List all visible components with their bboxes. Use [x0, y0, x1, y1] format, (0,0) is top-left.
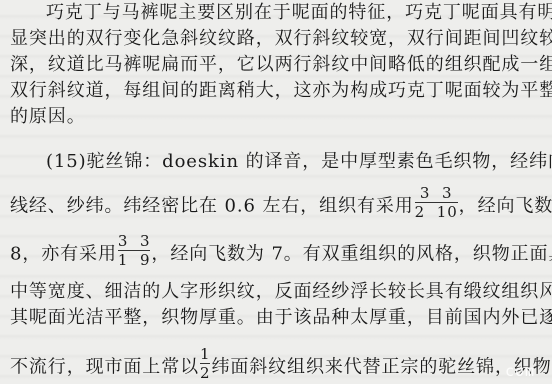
- fraction-numerator: 1: [200, 346, 210, 362]
- fraction-denominator: 1 9: [118, 252, 151, 268]
- paragraph-2-line-6: 不流行，现市面上常以12纬面斜纹组织来代替正宗的驼丝锦，织物重: [10, 350, 546, 384]
- paragraph-2-line-1: (15)驼丝锦：doeskin 的译音，是中厚型素色毛织物，经纬向采用: [46, 151, 546, 173]
- line-2-text-before: 线经、纱纬。纬经密比在 0.6 左右，组织有采用: [10, 196, 414, 217]
- line-6-text-after: 纬面斜纹组织来代替正宗的驼丝锦，织物重: [211, 357, 552, 378]
- paragraph-1-line-1: 巧克丁与马裤呢主要区别在于呢面的特征，巧克丁呢面具有明: [46, 2, 546, 24]
- line-2-text-after: ，经向飞数为: [459, 196, 552, 217]
- paragraph-1-line-5: 的原因。: [10, 106, 546, 128]
- paragraph-2-line-3: 8，亦有采用3 31 9，经向飞数为 7。有双重组织的风格，织物正面具有: [10, 237, 546, 272]
- paragraph-1-line-3: 深，纹道比马裤呢扁而平，它以两行斜纹中间略低的组织配成一组: [10, 54, 546, 76]
- fraction-numerator: 3 3: [415, 185, 458, 201]
- fraction-3-3-over-1-9: 3 31 9: [118, 233, 151, 268]
- fraction-denominator: 2 10: [415, 204, 458, 220]
- watermark: com: [505, 362, 535, 380]
- line-3-text-before: 8，亦有采用: [10, 244, 117, 265]
- document-page: 巧克丁与马裤呢主要区别在于呢面的特征，巧克丁呢面具有明 显突出的双行变化急斜纹纹…: [0, 0, 552, 384]
- paragraph-1-line-2: 显突出的双行变化急斜纹纹路，双行斜纹较宽，双行间距间凹纹较: [10, 28, 546, 50]
- paragraph-1-line-4: 双行斜纹道，每组间的距离稍大，这亦为构成巧克丁呢面较为平整: [10, 80, 546, 102]
- paragraph-2-line-2: 线经、纱纬。纬经密比在 0.6 左右，组织有采用3 32 10，经向飞数为: [10, 189, 546, 224]
- paragraph-2-line-5: 其呢面光洁平整，织物厚重。由于该品种太厚重，目前国内外已逐渐: [10, 307, 546, 329]
- line-3-text-after: ，经向飞数为 7。有双重组织的风格，织物正面具有: [151, 244, 552, 265]
- fraction-denominator: 2: [200, 365, 210, 381]
- paragraph-2-line-4: 中等宽度、细洁的人字形织纹，反面经纱浮长较长具有缎纹组织风格。: [10, 281, 546, 303]
- fraction-1-over-2: 12: [200, 346, 210, 381]
- fraction-numerator: 3 3: [118, 233, 151, 249]
- line-6-text-before: 不流行，现市面上常以: [10, 357, 199, 378]
- fraction-3-3-over-2-10: 3 32 10: [415, 185, 458, 220]
